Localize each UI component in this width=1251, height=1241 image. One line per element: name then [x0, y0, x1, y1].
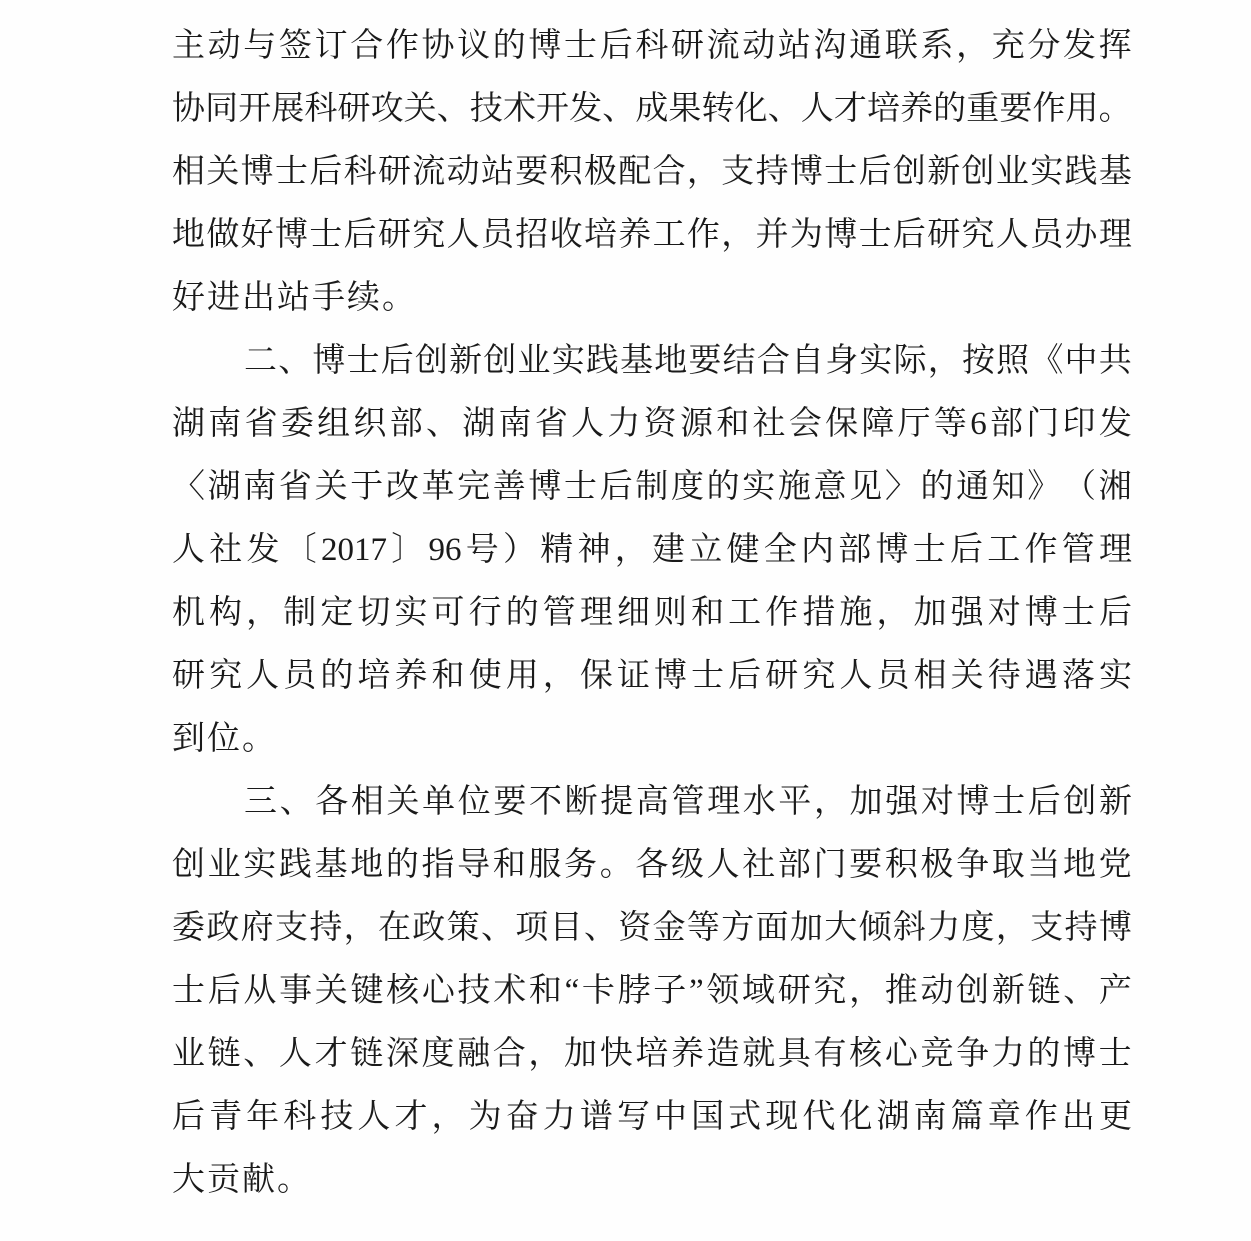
glyph: 导 — [457, 834, 490, 897]
glyph: 实 — [243, 834, 276, 897]
glyph: 具 — [778, 1023, 811, 1086]
glyph: 士 — [859, 204, 892, 267]
glyph: 后 — [344, 204, 377, 267]
glyph: 省 — [245, 393, 278, 456]
glyph: 实 — [859, 330, 892, 393]
text-line: 人社发〔2017〕96号）精神，建立健全内部博士后工作管理 — [172, 519, 1132, 582]
glyph: 士 — [564, 456, 597, 519]
glyph: 持 — [1065, 897, 1098, 960]
glyph: 服 — [528, 834, 561, 897]
glyph: 结 — [723, 330, 756, 393]
glyph: 相 — [914, 645, 947, 708]
glyph: 、 — [481, 897, 514, 960]
glyph: 养 — [394, 645, 427, 708]
glyph: 研 — [172, 645, 205, 708]
glyph: 造 — [707, 1023, 740, 1086]
glyph: 的 — [506, 582, 539, 645]
glyph: 南 — [243, 456, 276, 519]
glyph: 动 — [208, 15, 241, 78]
glyph: 行 — [469, 582, 502, 645]
text-line: 相关博士后科研流动站要积极配合，支持博士后创新创业实践基 — [172, 141, 1132, 204]
glyph: 研 — [765, 645, 798, 708]
glyph: 究 — [813, 960, 846, 1023]
glyph: 订 — [315, 15, 348, 78]
glyph: 革 — [421, 456, 454, 519]
glyph: 的 — [386, 834, 419, 897]
glyph: 省 — [279, 456, 312, 519]
glyph: 积 — [550, 141, 583, 204]
text-line: 业链、人才链深度融合，加快培养造就具有核心竞争力的博士 — [172, 1023, 1132, 1086]
glyph: 共 — [1099, 330, 1132, 393]
glyph: 同 — [205, 78, 238, 141]
glyph: 更 — [1099, 1086, 1132, 1149]
glyph: 士 — [564, 15, 597, 78]
glyph: 落 — [1062, 645, 1095, 708]
glyph: 卡 — [582, 960, 615, 1023]
glyph: 好 — [241, 204, 274, 267]
glyph: 士 — [275, 141, 308, 204]
glyph: 政 — [412, 897, 445, 960]
glyph: 相 — [172, 141, 205, 204]
glyph: ， — [543, 645, 576, 708]
text-line: 后青年科技人才，为奋力谱写中国式现代化湖南篇章作出更 — [172, 1086, 1132, 1149]
glyph: 度 — [671, 456, 704, 519]
glyph: ， — [996, 897, 1029, 960]
glyph: 的 — [493, 15, 526, 78]
glyph: 身 — [825, 330, 858, 393]
glyph: 动 — [920, 960, 953, 1023]
glyph: 研 — [337, 78, 370, 141]
glyph: 士 — [172, 960, 205, 1023]
glyph: ， — [928, 330, 961, 393]
glyph: 斜 — [893, 897, 926, 960]
glyph: 人 — [996, 204, 1029, 267]
text-line: 地做好博士后研究人员招收培养工作，并为博士后研究人员办理 — [172, 204, 1132, 267]
glyph: 人 — [839, 645, 872, 708]
glyph: 理 — [1099, 519, 1132, 582]
glyph: 水 — [743, 771, 776, 834]
glyph: 合 — [493, 1023, 526, 1086]
glyph: 合 — [757, 330, 790, 393]
text-line: 主动与签订合作协议的博士后科研流动站沟通联系，充分发挥 — [172, 15, 1132, 78]
glyph: 倾 — [859, 897, 892, 960]
document-body: 主动与签订合作协议的博士后科研流动站沟通联系，充分发挥协同开展科研攻关、技术开发… — [0, 0, 1251, 1212]
glyph: 才 — [394, 1086, 427, 1149]
glyph: 青 — [209, 1086, 242, 1149]
glyph: 金 — [653, 897, 686, 960]
glyph: 域 — [742, 960, 775, 1023]
glyph: 合 — [350, 15, 383, 78]
glyph: 和 — [691, 582, 724, 645]
glyph: 持 — [309, 897, 342, 960]
glyph: 关 — [315, 960, 348, 1023]
glyph: 南 — [499, 393, 532, 456]
glyph: 要 — [493, 771, 526, 834]
glyph: 竞 — [920, 1023, 953, 1086]
glyph: 基 — [620, 330, 653, 393]
glyph: 力 — [992, 1023, 1025, 1086]
glyph: 制 — [283, 582, 316, 645]
glyph: 为 — [469, 1086, 502, 1149]
glyph: 不 — [529, 771, 562, 834]
glyph: 地 — [1063, 834, 1096, 897]
glyph: 资 — [644, 393, 677, 456]
glyph: 收 — [550, 204, 583, 267]
glyph: 力 — [607, 393, 640, 456]
glyph: 究 — [412, 204, 445, 267]
glyph: 后 — [859, 141, 892, 204]
glyph: 化 — [735, 78, 768, 141]
glyph: 理 — [707, 771, 740, 834]
glyph: 新 — [1099, 771, 1132, 834]
glyph: 践 — [1065, 141, 1098, 204]
glyph: 代 — [802, 1086, 835, 1149]
glyph: 关 — [951, 645, 984, 708]
glyph: 培 — [584, 204, 617, 267]
glyph: 委 — [281, 393, 314, 456]
glyph: 项 — [515, 897, 548, 960]
glyph: 指 — [421, 834, 454, 897]
glyph: 创 — [1063, 771, 1096, 834]
glyph: 会 — [789, 393, 822, 456]
glyph: 全 — [764, 519, 797, 582]
glyph: 动 — [447, 141, 480, 204]
glyph: 作 — [1025, 1086, 1058, 1149]
glyph: 大 — [824, 897, 857, 960]
glyph: 后 — [309, 141, 342, 204]
glyph: 构 — [209, 582, 242, 645]
glyph: 《 — [1030, 330, 1063, 393]
glyph: 术 — [503, 78, 536, 141]
glyph: 后 — [600, 15, 633, 78]
glyph: 发 — [1063, 15, 1096, 78]
glyph: ， — [432, 1086, 465, 1149]
glyph: 年 — [246, 1086, 279, 1149]
glyph: 篇 — [951, 1086, 984, 1149]
glyph: ， — [528, 1023, 561, 1086]
glyph: 业 — [996, 141, 1029, 204]
glyph: ， — [814, 771, 847, 834]
glyph: 内 — [801, 519, 834, 582]
glyph: 链 — [1028, 960, 1061, 1023]
glyph: 实 — [394, 582, 427, 645]
glyph: 政 — [206, 897, 239, 960]
glyph: 协 — [421, 15, 454, 78]
glyph: 地 — [654, 330, 687, 393]
glyph: 、 — [280, 771, 313, 834]
glyph: 、 — [602, 78, 635, 141]
glyph: 领 — [706, 960, 739, 1023]
glyph: 部 — [778, 834, 811, 897]
glyph: 的 — [707, 456, 740, 519]
glyph: 争 — [956, 1023, 989, 1086]
glyph: 各 — [315, 771, 348, 834]
glyph: ， — [721, 204, 754, 267]
glyph: “ — [565, 960, 580, 1023]
glyph: 式 — [728, 1086, 761, 1149]
glyph: 科 — [344, 141, 377, 204]
glyph: 保 — [580, 645, 613, 708]
glyph: 改 — [386, 456, 419, 519]
glyph: 相 — [351, 771, 384, 834]
glyph: 和 — [432, 645, 465, 708]
glyph: 在 — [378, 897, 411, 960]
glyph: 士 — [1062, 582, 1095, 645]
glyph: 要 — [999, 78, 1032, 141]
glyph: 基 — [1099, 141, 1132, 204]
glyph: 制 — [635, 456, 668, 519]
glyph: 〉 — [885, 456, 918, 519]
glyph: 务 — [564, 834, 597, 897]
glyph: 、 — [768, 78, 801, 141]
glyph: 沟 — [814, 15, 847, 78]
glyph: 支 — [275, 897, 308, 960]
glyph: 养 — [900, 78, 933, 141]
glyph: 创 — [172, 834, 205, 897]
glyph: 发 — [1099, 393, 1132, 456]
glyph: 人 — [246, 645, 279, 708]
glyph: ） — [503, 519, 536, 582]
glyph: 有 — [814, 1023, 847, 1086]
glyph: 6 — [970, 393, 987, 456]
glyph: 站 — [778, 15, 811, 78]
glyph: 士 — [913, 519, 946, 582]
glyph: 新 — [992, 960, 1025, 1023]
text-line: 好进出站手续。 — [172, 267, 1132, 330]
glyph: 支 — [721, 141, 754, 204]
glyph: 和 — [493, 834, 526, 897]
glyph: 的 — [920, 456, 953, 519]
glyph: 配 — [618, 141, 651, 204]
glyph: 通 — [849, 15, 882, 78]
glyph: 的 — [933, 78, 966, 141]
glyph: 研 — [378, 204, 411, 267]
glyph: 、 — [278, 330, 311, 393]
paragraph: 二、博士后创新创业实践基地要结合自身实际，按照《中共湖南省委组织部、湖南省人力资… — [172, 330, 1132, 771]
glyph: 湖 — [208, 456, 241, 519]
glyph: 成 — [635, 78, 668, 141]
glyph: 作 — [1032, 78, 1065, 141]
glyph: ， — [876, 582, 909, 645]
glyph: 术 — [493, 960, 526, 1023]
glyph: 支 — [1030, 897, 1063, 960]
glyph: 门 — [814, 834, 847, 897]
glyph: 技 — [320, 1086, 353, 1149]
glyph: 用 — [1066, 78, 1099, 141]
glyph: 可 — [432, 582, 465, 645]
glyph: 建 — [652, 519, 685, 582]
glyph: 究 — [802, 645, 835, 708]
glyph: 写 — [617, 1086, 650, 1149]
glyph: 积 — [885, 834, 918, 897]
text-line: 三、各相关单位要不断提高管理水平，加强对博士后创新 — [172, 771, 1132, 834]
glyph: 基 — [315, 834, 348, 897]
glyph: 部 — [990, 393, 1023, 456]
glyph: 主 — [172, 15, 205, 78]
glyph: 部 — [390, 393, 423, 456]
glyph: 产 — [1099, 960, 1132, 1023]
glyph: ， — [956, 15, 989, 78]
glyph: 研 — [378, 141, 411, 204]
glyph: 委 — [172, 897, 205, 960]
glyph: 国 — [691, 1086, 724, 1149]
glyph: 站 — [481, 141, 514, 204]
glyph: 管 — [543, 582, 576, 645]
glyph: 业 — [208, 834, 241, 897]
glyph: 际 — [894, 330, 927, 393]
glyph: 科 — [304, 78, 337, 141]
glyph: 、 — [426, 393, 459, 456]
glyph: 博 — [1025, 582, 1058, 645]
glyph: 流 — [707, 15, 740, 78]
glyph: 出 — [1062, 1086, 1095, 1149]
glyph: 分 — [1027, 15, 1060, 78]
glyph: 工 — [728, 582, 761, 645]
glyph: 博 — [1099, 897, 1132, 960]
glyph: 士 — [347, 330, 380, 393]
glyph: 重 — [966, 78, 999, 141]
glyph: 施 — [839, 582, 872, 645]
glyph: 事 — [279, 960, 312, 1023]
glyph: 的 — [320, 645, 353, 708]
glyph: 中 — [654, 1086, 687, 1149]
glyph: 博 — [1063, 1023, 1096, 1086]
glyph: 实 — [742, 456, 775, 519]
glyph: 断 — [565, 771, 598, 834]
text-line: 委政府支持，在政策、项目、资金等方面加大倾斜力度，支持博 — [172, 897, 1132, 960]
glyph: 士 — [691, 645, 724, 708]
glyph: 工 — [653, 204, 686, 267]
glyph: 等 — [934, 393, 967, 456]
glyph: 创 — [956, 960, 989, 1023]
glyph: 议 — [457, 15, 490, 78]
text-line: 〈湖南省关于改革完善博士后制度的实施意见〉的通知》（湘 — [172, 456, 1132, 519]
glyph: 博 — [241, 141, 274, 204]
glyph: 后 — [172, 1086, 205, 1149]
glyph: 博 — [824, 204, 857, 267]
glyph: 技 — [458, 960, 491, 1023]
glyph: 强 — [885, 771, 918, 834]
glyph: 完 — [457, 456, 490, 519]
glyph: 创 — [893, 141, 926, 204]
glyph: 理 — [580, 582, 613, 645]
glyph: 关 — [206, 141, 239, 204]
glyph: 证 — [617, 645, 650, 708]
glyph: ， — [246, 582, 279, 645]
glyph: 〈 — [172, 456, 205, 519]
glyph: 府 — [241, 897, 274, 960]
glyph: 理 — [1099, 204, 1132, 267]
glyph: 攻 — [371, 78, 404, 141]
glyph: 则 — [654, 582, 687, 645]
glyph: 融 — [457, 1023, 490, 1086]
glyph: 签 — [279, 15, 312, 78]
glyph: 中 — [1065, 330, 1098, 393]
glyph: 目 — [550, 897, 583, 960]
glyph: 为 — [790, 204, 823, 267]
glyph: 地 — [172, 204, 205, 267]
glyph: 新 — [927, 141, 960, 204]
glyph: 发 — [247, 519, 280, 582]
glyph: 创 — [483, 330, 516, 393]
glyph: 脖 — [618, 960, 651, 1023]
glyph: 科 — [283, 1086, 316, 1149]
glyph: 切 — [357, 582, 390, 645]
glyph: ， — [849, 960, 882, 1023]
glyph: （ — [1063, 456, 1096, 519]
glyph: 研 — [671, 15, 704, 78]
glyph: 人 — [571, 393, 604, 456]
glyph: 发 — [569, 78, 602, 141]
glyph: 人 — [357, 1086, 390, 1149]
glyph: 取 — [992, 834, 1025, 897]
glyph: 二 — [244, 330, 277, 393]
text-line: 士后从事关键核心技术和“卡脖子”领域研究，推动创新链、产 — [172, 960, 1132, 1023]
glyph: 系 — [920, 15, 953, 78]
glyph: 链 — [208, 1023, 241, 1086]
glyph: 子 — [653, 960, 686, 1023]
glyph: 博 — [528, 456, 561, 519]
glyph: 96 — [429, 519, 462, 582]
glyph: 作 — [765, 582, 798, 645]
glyph: 核 — [849, 1023, 882, 1086]
glyph: 用 — [506, 645, 539, 708]
glyph: 践 — [279, 834, 312, 897]
glyph: 和 — [716, 393, 749, 456]
glyph: 人 — [801, 78, 834, 141]
text-line: 到位。 — [172, 708, 1132, 771]
glyph: 高 — [636, 771, 669, 834]
glyph: 极 — [584, 141, 617, 204]
glyph: 度 — [421, 1023, 454, 1086]
glyph: 士 — [309, 204, 342, 267]
glyph: 做 — [206, 204, 239, 267]
text-line: 大贡献。 — [172, 1149, 1132, 1212]
glyph: 措 — [802, 582, 835, 645]
glyph: 细 — [617, 582, 650, 645]
glyph: 展 — [271, 78, 304, 141]
glyph: 业 — [172, 1023, 205, 1086]
glyph: 深 — [386, 1023, 419, 1086]
glyph: 业 — [518, 330, 551, 393]
glyph: 极 — [920, 834, 953, 897]
glyph: 对 — [988, 582, 1021, 645]
glyph: 策 — [447, 897, 480, 960]
glyph: 并 — [756, 204, 789, 267]
glyph: 要 — [515, 141, 548, 204]
glyph: 〕 — [391, 519, 424, 582]
glyph: 南 — [208, 393, 241, 456]
glyph: 组 — [317, 393, 350, 456]
glyph: 管 — [1062, 519, 1095, 582]
glyph: 照 — [996, 330, 1029, 393]
glyph: 开 — [238, 78, 271, 141]
glyph: 心 — [422, 960, 455, 1023]
glyph: 合 — [653, 141, 686, 204]
glyph: 印 — [1063, 393, 1096, 456]
glyph: 按 — [962, 330, 995, 393]
glyph: 养 — [671, 1023, 704, 1086]
glyph: 要 — [688, 330, 721, 393]
glyph: 现 — [765, 1086, 798, 1149]
glyph: 加 — [914, 582, 947, 645]
glyph: ， — [687, 141, 720, 204]
glyph: 后 — [381, 330, 414, 393]
glyph: 定 — [320, 582, 353, 645]
glyph: 意 — [814, 456, 847, 519]
glyph: 于 — [350, 456, 383, 519]
glyph: 加 — [564, 1023, 597, 1086]
